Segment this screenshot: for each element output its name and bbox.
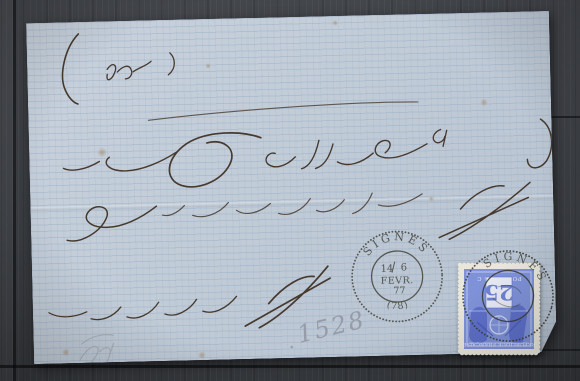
- postmark-inner-circle: [476, 264, 539, 327]
- photo-scene: SIGNES (78) 14 6 FEVR. 77 1528: [0, 0, 580, 381]
- postmark-smudge: [492, 282, 525, 310]
- pencil-dot: [290, 346, 293, 349]
- postmark-town-arc: SIGNES: [479, 241, 556, 287]
- svg-text:1528: 1528: [295, 305, 369, 348]
- postmark-right: SIGNES: [448, 236, 568, 356]
- pencil-number: 1528: [295, 305, 369, 348]
- pencil-scribble: [79, 335, 114, 365]
